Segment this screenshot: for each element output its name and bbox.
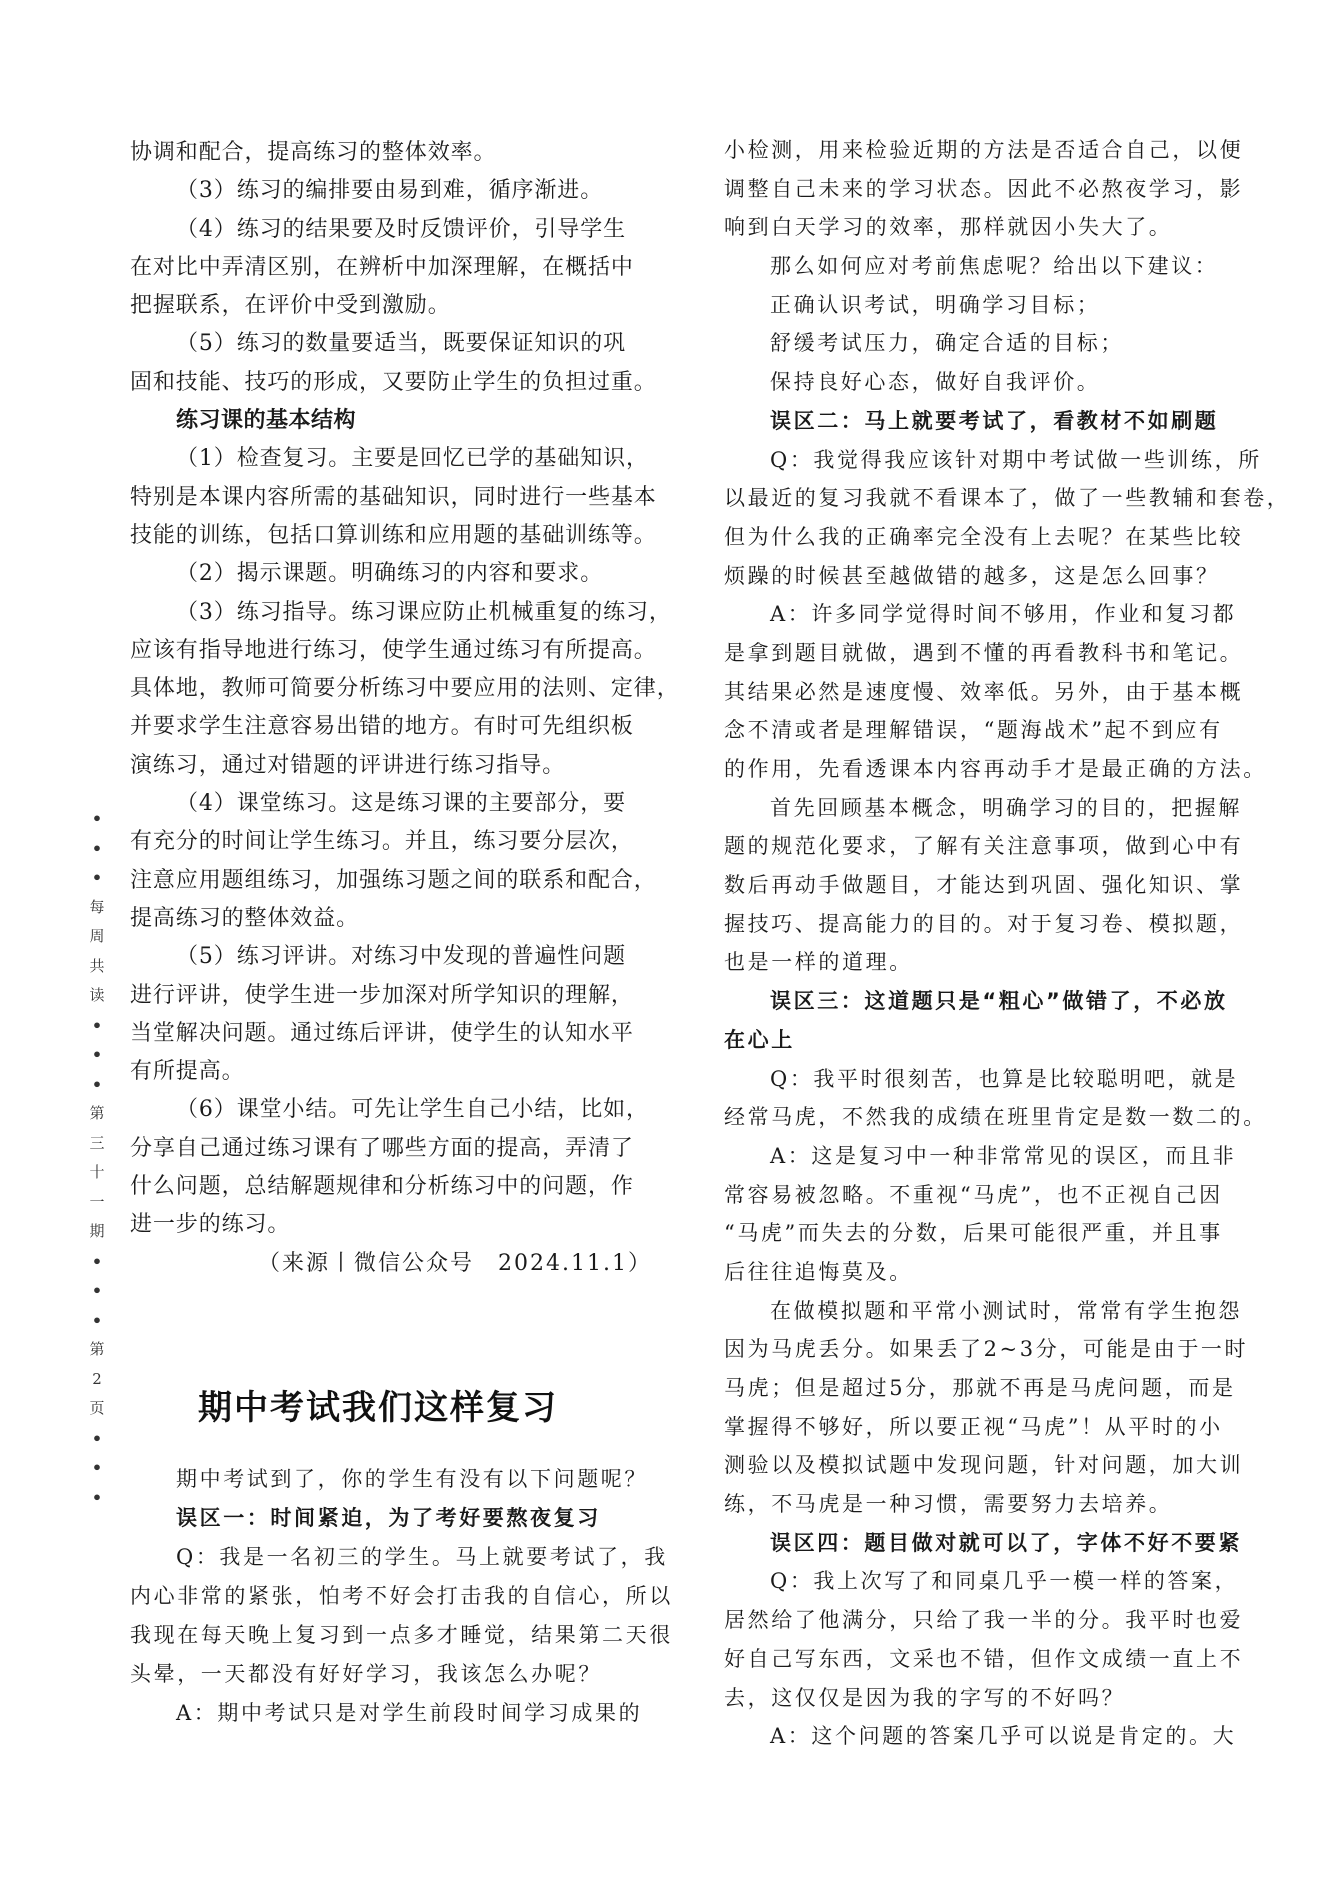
- text-line: 后往往追悔莫及。: [724, 1253, 1220, 1292]
- text-line: A：这是复习中一种非常常见的误区，而且非: [724, 1137, 1220, 1176]
- text-line: （2）揭示课题。明确练习的内容和要求。: [130, 555, 646, 593]
- text-line: 那么如何应对考前焦虑呢？给出以下建议：: [724, 247, 1220, 286]
- text-line: A：期中考试只是对学生前段时间学习成果的: [130, 1694, 646, 1733]
- text-line: 期中考试到了，你的学生有没有以下问题呢？: [130, 1460, 646, 1499]
- text-line: 什么问题，总结解题规律和分析练习中的问题，作: [130, 1168, 646, 1206]
- text-line: 题的规范化要求，了解有关注意事项，做到心中有: [724, 827, 1220, 866]
- text-line: Q：我上次写了和同桌几乎一模一样的答案，: [724, 1562, 1220, 1601]
- text-line: 当堂解决问题。通过练后评讲，使学生的认知水平: [130, 1015, 646, 1053]
- text-line: （4）练习的结果要及时反馈评价，引导学生: [130, 211, 646, 249]
- text-line: Q：我平时很刻苦，也算是比较聪明吧，就是: [724, 1060, 1220, 1099]
- text-line: 内心非常的紧张，怕考不好会打击我的自信心，所以: [130, 1577, 646, 1616]
- text-line: A：这个问题的答案几乎可以说是肯定的。大: [724, 1717, 1220, 1756]
- sidebar-dot: •: [86, 1453, 108, 1483]
- source-citation: （来源丨微信公众号 2024.11.1）: [130, 1245, 646, 1283]
- text-line: 分享自己通过练习课有了哪些方面的提高，弄清了: [130, 1130, 646, 1168]
- text-line: 握技巧、提高能力的目的。对于复习卷、模拟题，: [724, 905, 1220, 944]
- text-line: 的作用，先看透课本内容再动手才是最正确的方法。: [724, 750, 1220, 789]
- section-heading: 误区一：时间紧迫，为了考好要熬夜复习: [130, 1499, 646, 1538]
- text-line: 进行评讲，使学生进一步加深对所学知识的理解，: [130, 977, 646, 1015]
- left-column-new-article: 期中考试到了，你的学生有没有以下问题呢？误区一：时间紧迫，为了考好要熬夜复习Q：…: [130, 1460, 646, 1733]
- section-heading: 误区三：这道题只是“粗心”做错了，不必放: [724, 982, 1220, 1021]
- text-line: 有所提高。: [130, 1053, 646, 1091]
- text-line: 以最近的复习我就不看课本了，做了一些教辅和套卷，: [724, 479, 1220, 518]
- sidebar-dot: •: [86, 1424, 108, 1454]
- text-line: 响到白天学习的效率，那样就因小失大了。: [724, 208, 1220, 247]
- text-line: 有充分的时间让学生练习。并且，练习要分层次，: [130, 823, 646, 861]
- sidebar-char: 三: [86, 1129, 108, 1159]
- text-line: （3）练习的编排要由易到难，循序渐进。: [130, 172, 646, 210]
- sidebar-char: 读: [86, 981, 108, 1011]
- page-sidebar-label: •••每周共读•••第三十一期•••第2页•••: [86, 804, 108, 1512]
- text-line: A：许多同学觉得时间不够用，作业和复习都: [724, 595, 1220, 634]
- text-line: Q：我是一名初三的学生。马上就要考试了，我: [130, 1538, 646, 1577]
- text-line: 具体地，教师可简要分析练习中要应用的法则、定律，: [130, 670, 646, 708]
- text-line: （4）课堂练习。这是练习课的主要部分，要: [130, 785, 646, 823]
- text-line: （3）练习指导。练习课应防止机械重复的练习，: [130, 594, 646, 632]
- text-line: 调整自己未来的学习状态。因此不必熬夜学习，影: [724, 170, 1220, 209]
- text-line: （1）检查复习。主要是回忆已学的基础知识，: [130, 440, 646, 478]
- text-line: 舒缓考试压力，确定合适的目标；: [724, 324, 1220, 363]
- text-line: 马虎；但是超过5分，那就不再是马虎问题，而是: [724, 1369, 1220, 1408]
- sidebar-dot: •: [86, 1483, 108, 1513]
- text-line: 是拿到题目就做，遇到不懂的再看教科书和笔记。: [724, 634, 1220, 673]
- sidebar-dot: •: [86, 834, 108, 864]
- text-line: 正确认识考试，明确学习目标；: [724, 286, 1220, 325]
- text-line: 把握联系，在评价中受到激励。: [130, 287, 646, 325]
- text-line: 念不清或者是理解错误，“题海战术”起不到应有: [724, 711, 1220, 750]
- text-line: 经常马虎，不然我的成绩在班里肯定是数一数二的。: [724, 1098, 1220, 1137]
- section-heading: 在心上: [724, 1021, 1220, 1060]
- sidebar-dot: •: [86, 804, 108, 834]
- sidebar-char: 期: [86, 1217, 108, 1247]
- text-line: 在对比中弄清区别，在辨析中加深理解，在概括中: [130, 249, 646, 287]
- text-line: 协调和配合，提高练习的整体效率。: [130, 134, 646, 172]
- text-line: 我现在每天晚上复习到一点多才睡觉，结果第二天很: [130, 1616, 646, 1655]
- sidebar-char: 2: [86, 1365, 108, 1395]
- sidebar-char: 一: [86, 1188, 108, 1218]
- section-heading: 误区四：题目做对就可以了，字体不好不要紧: [724, 1524, 1220, 1563]
- text-line: 提高练习的整体效益。: [130, 900, 646, 938]
- text-line: 常容易被忽略。不重视“马虎”，也不正视自己因: [724, 1176, 1220, 1215]
- text-line: Q：我觉得我应该针对期中考试做一些训练，所: [724, 441, 1220, 480]
- text-line: 测验以及模拟试题中发现问题，针对问题，加大训: [724, 1446, 1220, 1485]
- text-line: 特别是本课内容所需的基础知识，同时进行一些基本: [130, 479, 646, 517]
- sidebar-char: 共: [86, 952, 108, 982]
- text-line: 去，这仅仅是因为我的字写的不好吗？: [724, 1679, 1220, 1718]
- left-column-continued-article: 协调和配合，提高练习的整体效率。（3）练习的编排要由易到难，循序渐进。（4）练习…: [130, 134, 646, 1283]
- sidebar-char: 第: [86, 1099, 108, 1129]
- sidebar-dot: •: [86, 1011, 108, 1041]
- sidebar-dot: •: [86, 1276, 108, 1306]
- text-line: 好自己写东西，文采也不错，但作文成绩一直上不: [724, 1640, 1220, 1679]
- sidebar-char: 页: [86, 1394, 108, 1424]
- sidebar-char: 每: [86, 893, 108, 923]
- text-line: 技能的训练，包括口算训练和应用题的基础训练等。: [130, 517, 646, 555]
- text-line: 进一步的练习。: [130, 1206, 646, 1244]
- text-line: 小检测，用来检验近期的方法是否适合自己，以便: [724, 131, 1220, 170]
- sidebar-dot: •: [86, 1247, 108, 1277]
- subheading: 练习课的基本结构: [130, 402, 646, 440]
- sidebar-char: 周: [86, 922, 108, 952]
- article-title: 期中考试我们这样复习: [198, 1382, 578, 1434]
- text-line: 练，不马虎是一种习惯，需要努力去培养。: [724, 1485, 1220, 1524]
- text-line: 保持良好心态，做好自我评价。: [724, 363, 1220, 402]
- sidebar-char: 第: [86, 1335, 108, 1365]
- text-line: 固和技能、技巧的形成，又要防止学生的负担过重。: [130, 364, 646, 402]
- text-line: “马虎”而失去的分数，后果可能很严重，并且事: [724, 1214, 1220, 1253]
- section-heading: 误区二：马上就要考试了，看教材不如刷题: [724, 402, 1220, 441]
- text-line: 也是一样的道理。: [724, 943, 1220, 982]
- text-line: 在做模拟题和平常小测试时，常常有学生抱怨: [724, 1292, 1220, 1331]
- document-page: •••每周共读•••第三十一期•••第2页••• 协调和配合，提高练习的整体效率…: [0, 0, 1339, 1894]
- sidebar-char: 十: [86, 1158, 108, 1188]
- text-line: 应该有指导地进行练习，使学生通过练习有所提高。: [130, 632, 646, 670]
- text-line: 并要求学生注意容易出错的地方。有时可先组织板: [130, 708, 646, 746]
- sidebar-dot: •: [86, 1040, 108, 1070]
- text-line: （5）练习评讲。对练习中发现的普遍性问题: [130, 938, 646, 976]
- text-line: 居然给了他满分，只给了我一半的分。我平时也爱: [724, 1601, 1220, 1640]
- sidebar-dot: •: [86, 863, 108, 893]
- text-line: 其结果必然是速度慢、效率低。另外，由于基本概: [724, 673, 1220, 712]
- text-line: 但为什么我的正确率完全没有上去呢？在某些比较: [724, 518, 1220, 557]
- sidebar-dot: •: [86, 1070, 108, 1100]
- text-line: 数后再动手做题目，才能达到巩固、强化知识、掌: [724, 866, 1220, 905]
- text-line: 因为马虎丢分。如果丢了2~3分，可能是由于一时: [724, 1330, 1220, 1369]
- sidebar-dot: •: [86, 1306, 108, 1336]
- text-line: （6）课堂小结。可先让学生自己小结，比如，: [130, 1091, 646, 1129]
- text-line: 头晕，一天都没有好好学习，我该怎么办呢？: [130, 1655, 646, 1694]
- text-line: 首先回顾基本概念，明确学习的目的，把握解: [724, 789, 1220, 828]
- text-line: （5）练习的数量要适当，既要保证知识的巩: [130, 325, 646, 363]
- text-line: 演练习，通过对错题的评讲进行练习指导。: [130, 747, 646, 785]
- text-line: 注意应用题组练习，加强练习题之间的联系和配合，: [130, 862, 646, 900]
- text-line: 掌握得不够好，所以要正视“马虎”！从平时的小: [724, 1408, 1220, 1447]
- text-line: 烦躁的时候甚至越做错的越多，这是怎么回事？: [724, 557, 1220, 596]
- right-column-article: 小检测，用来检验近期的方法是否适合自己，以便调整自己未来的学习状态。因此不必熬夜…: [724, 131, 1220, 1756]
